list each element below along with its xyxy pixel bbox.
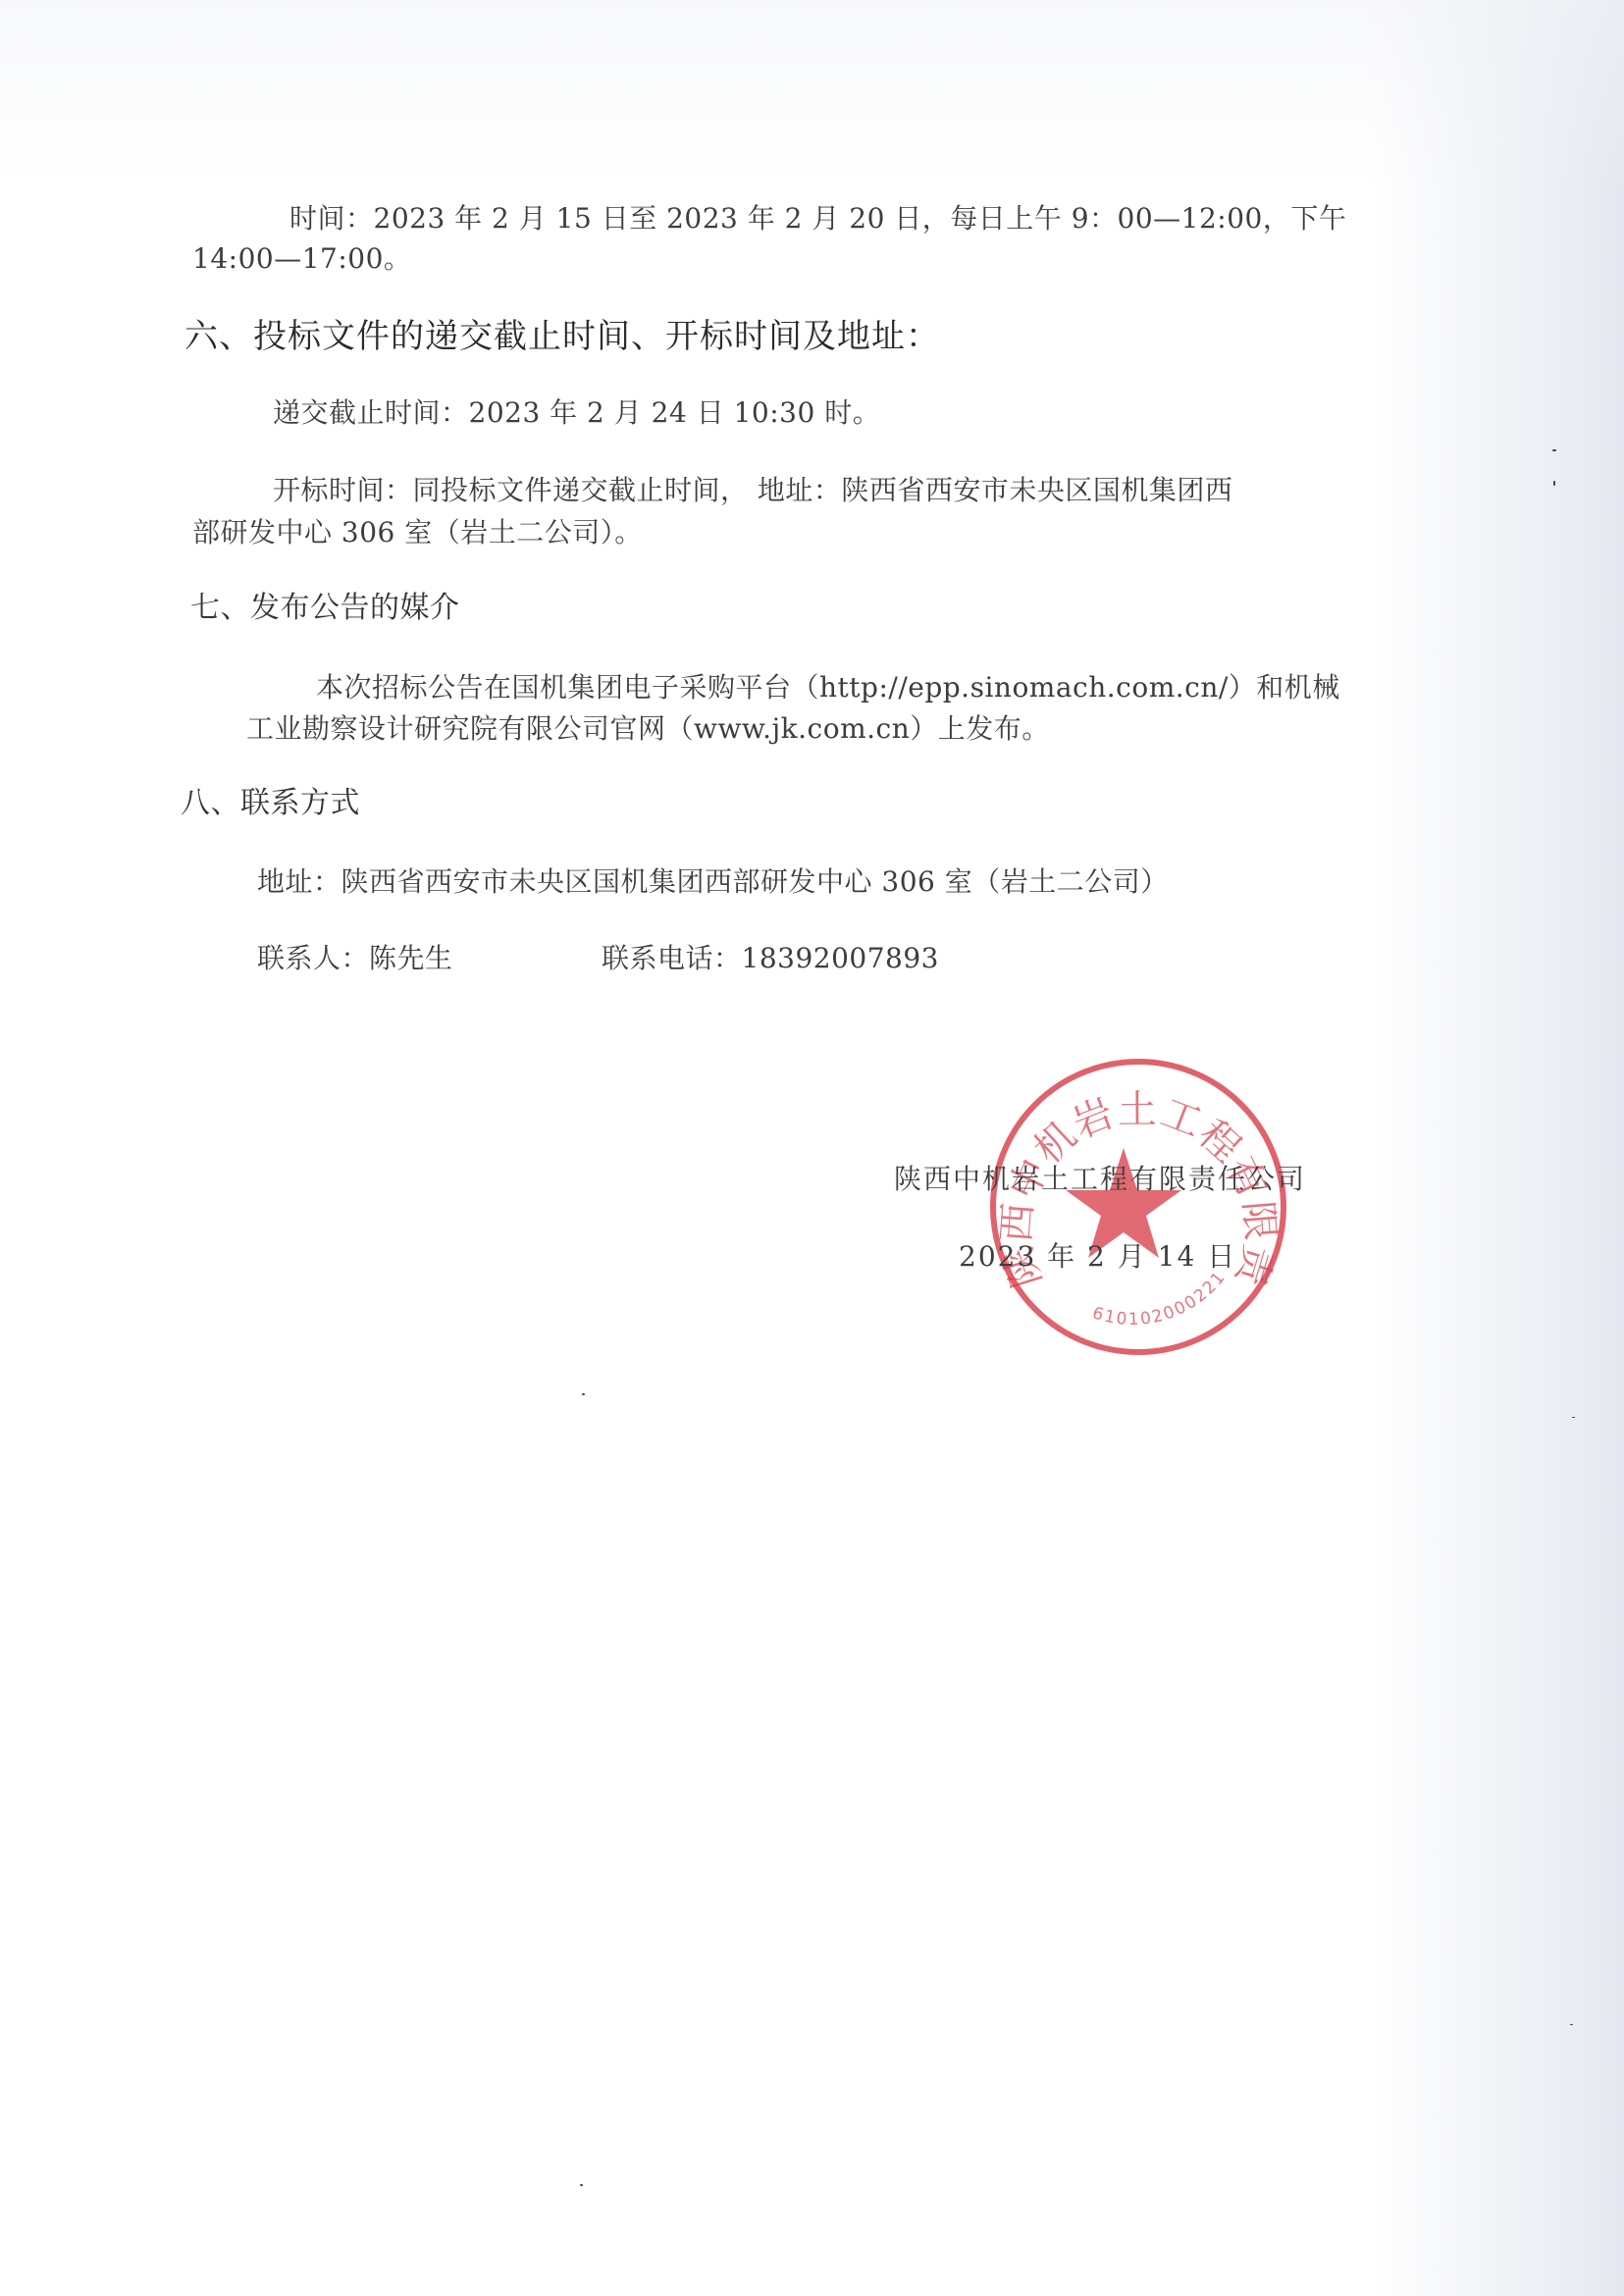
sale-time-line-2: 14:00—17:00。: [192, 242, 411, 276]
scan-speck: [1570, 2024, 1573, 2025]
scan-speck: [1552, 449, 1556, 451]
media-line-1: 本次招标公告在国机集团电子采购平台（http://epp.sinomach.co…: [316, 671, 1340, 704]
section-8-heading: 八、联系方式: [181, 786, 360, 821]
scan-top-tint: [0, 0, 1624, 186]
company-seal-stamp: 陕西中机岩土工程有限责任公司 6101020002217: [986, 1055, 1290, 1359]
scan-edge-tint: [1369, 0, 1624, 2296]
signature-company: 陕西中机岩土工程有限责任公司: [894, 1163, 1306, 1196]
opening-time-line-1: 开标时间：同投标文件递交截止时间， 地址：陕西省西安市未央区国机集团西: [273, 474, 1232, 507]
section-6-heading: 六、投标文件的递交截止时间、开标时间及地址：: [184, 317, 940, 356]
sale-time-line-1: 时间：2023 年 2 月 15 日至 2023 年 2 月 20 日，每日上午…: [289, 202, 1346, 235]
scan-speck: [1572, 1417, 1575, 1418]
media-line-2: 工业勘察设计研究院有限公司官网（www.jk.com.cn）上发布。: [246, 712, 1050, 746]
opening-time-line-2: 部研发中心 306 室（岩土二公司）。: [192, 516, 643, 549]
submission-deadline: 递交截止时间：2023 年 2 月 24 日 10:30 时。: [273, 396, 880, 430]
section-7-heading: 七、发布公告的媒介: [190, 591, 460, 626]
contact-phone: 联系电话：18392007893: [602, 942, 939, 975]
contact-address: 地址：陕西省西安市未央区国机集团西部研发中心 306 室（岩土二公司）: [257, 865, 1169, 899]
signature-date: 2023 年 2 月 14 日: [959, 1240, 1236, 1274]
scan-speck: [582, 1393, 585, 1395]
scan-speck: [1553, 481, 1555, 486]
contact-person: 联系人：陈先生: [257, 942, 453, 975]
scan-speck: [580, 2184, 583, 2186]
